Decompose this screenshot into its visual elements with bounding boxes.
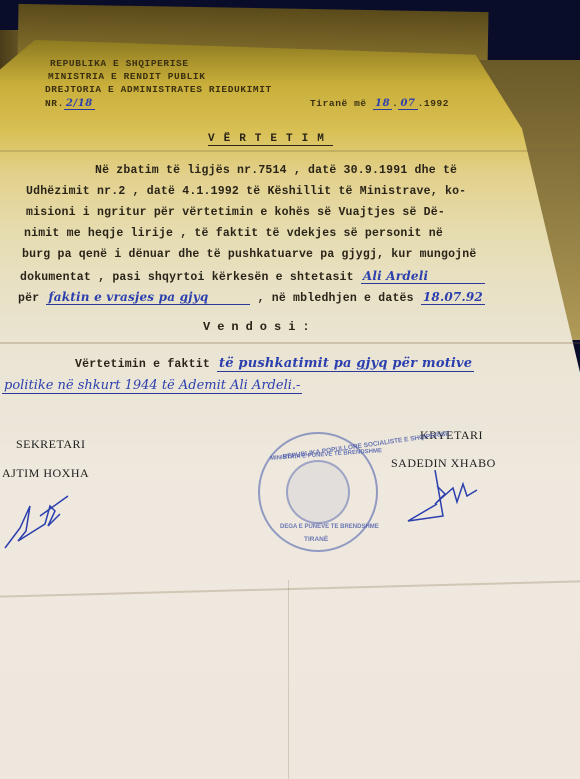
decision-handwritten-2: politike në shkurt 1944 të Ademit Ali Ar…: [2, 378, 302, 394]
official-stamp: REPUBLIKA POPULLORE SOCIALISTE E SHQIPER…: [258, 432, 378, 552]
body-line-2: Udhëzimit nr.2 , datë 4.1.1992 të Këshil…: [26, 185, 466, 198]
body-line-7: për faktin e vrasjes pa gjyq , në mbledh…: [18, 290, 485, 305]
decision-line-1: Vërtetimin e faktit të pushkatimit pa gj…: [75, 356, 474, 372]
body-line-6: dokumentat , pasi shqyrtoi kërkesën e sh…: [20, 269, 485, 284]
date-day: 18: [373, 98, 392, 110]
decision-handwritten-1: të pushkatimit pa gjyq për motive: [217, 356, 474, 372]
document-number: NR.2/18: [45, 98, 95, 110]
stamp-inner-text: DEGA E PUNEVE TE BRENDSHME: [280, 524, 379, 530]
secretary-signature-icon: [0, 486, 80, 556]
body-line-7-prefix: për: [18, 292, 39, 305]
date-month: 07: [398, 98, 417, 110]
fact-handwritten: faktin e vrasjes pa gjyq: [46, 290, 250, 305]
header-ministry: MINISTRIA E RENDIT PUBLIK: [48, 71, 206, 82]
body-line-3: misioni i ngritur për vërtetimin e kohës…: [26, 206, 445, 219]
place-date-label: Tiranë më: [310, 98, 367, 109]
document-title: VËRTETIM: [208, 133, 333, 146]
header-directorate: DREJTORIA E ADMINISTRATES RIEDUKIMIT: [45, 84, 272, 95]
decision-label: Vendosi:: [203, 320, 317, 334]
body-line-4: nimit me heqje lirije , të faktit të vde…: [24, 227, 443, 240]
body-line-7-suffix: , në mbledhjen e datës: [258, 292, 414, 305]
body-line-1: Në zbatim të ligjës nr.7514 , datë 30.9.…: [95, 164, 457, 177]
nr-label: NR.: [45, 98, 64, 109]
stamp-city: TIRANË: [304, 536, 328, 543]
decision-prefix: Vërtetimin e faktit: [75, 358, 210, 371]
secretary-title: SEKRETARI: [16, 437, 86, 452]
decision-handwritten-2-text: politike në shkurt 1944 të Ademit Ali Ar…: [2, 378, 302, 394]
body-line-5: burg pa qenë i dënuar dhe të pushkatuarv…: [22, 248, 476, 261]
chairman-signature-icon: [405, 466, 485, 528]
place-date: Tiranë më 18.07.1992: [310, 98, 449, 110]
body-line-6-text: dokumentat , pasi shqyrtoi kërkesën e sh…: [20, 271, 354, 284]
nr-value: 2/18: [64, 98, 95, 110]
secretary-name: AJTIM HOXHA: [2, 466, 89, 481]
citizen-name-handwritten: Ali Ardeli: [361, 269, 485, 284]
fold-line-vertical: [288, 580, 289, 779]
fold-line: [0, 342, 580, 344]
stamp-emblem-icon: [286, 460, 350, 524]
fold-line: [0, 150, 580, 152]
meeting-date-handwritten: 18.07.92: [421, 290, 485, 305]
date-year: .1992: [418, 98, 450, 109]
header-republic: REPUBLIKA E SHQIPERISE: [50, 58, 189, 69]
